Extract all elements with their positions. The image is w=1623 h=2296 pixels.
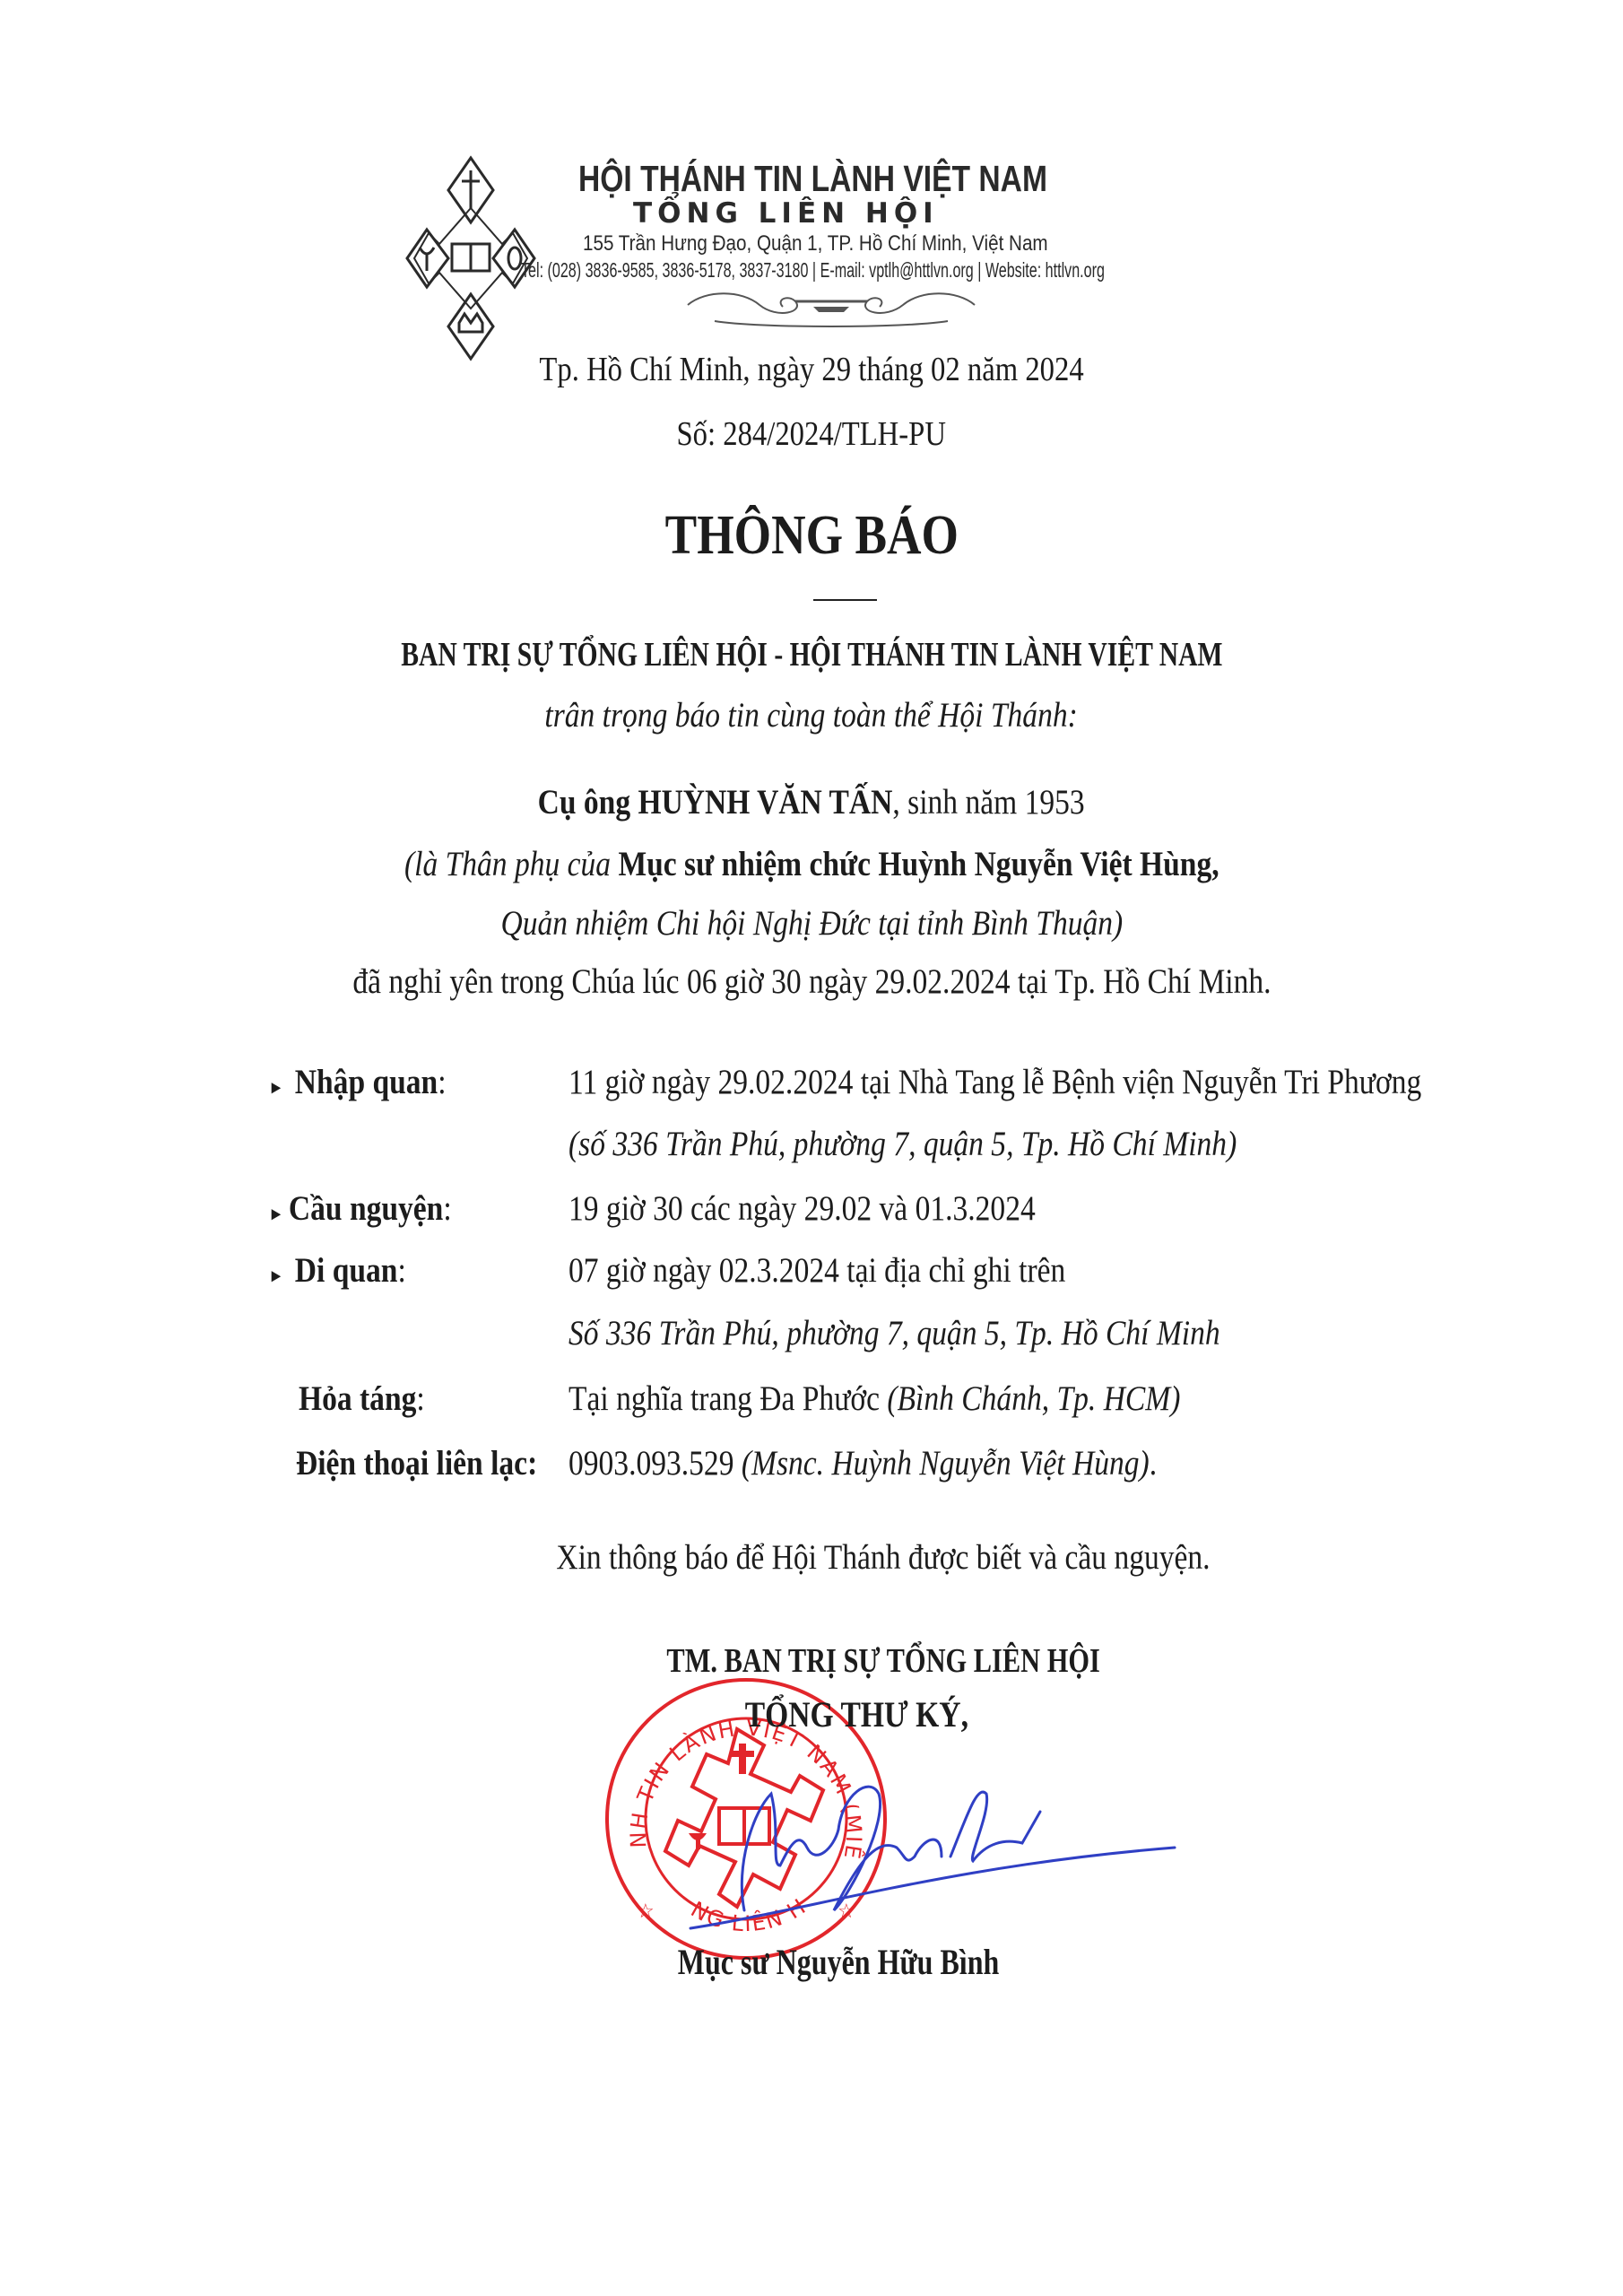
schedule-note-nhap-quan: (số 336 Trần Phú, phường 7, quận 5, Tp. … [568, 1124, 1346, 1164]
svg-text:☆: ☆ [637, 1900, 655, 1922]
org-name: HỘI THÁNH TIN LÀNH VIỆT NAM [578, 158, 1150, 200]
schedule-value-phone: 0903.093.529 (Msnc. Huỳnh Nguyễn Việt Hù… [568, 1443, 1253, 1483]
title-divider [813, 599, 877, 601]
church-cross-emblem-icon [405, 154, 536, 362]
on-behalf-label: TM. BAN TRỊ SỰ TỔNG LIÊN HỘI [0, 1641, 1623, 1681]
scroll-ornament-icon [679, 285, 984, 330]
place-date: Tp. Hồ Chí Minh, ngày 29 tháng 02 năm 20… [0, 350, 1623, 389]
schedule-label-cau-nguyen: ▸Cầu nguyện: [272, 1188, 481, 1229]
relation-open: (là Thân phụ của [404, 845, 619, 883]
schedule-label-hoa-tang: Hỏa táng: [299, 1378, 446, 1419]
schedule-label-di-quan: ▸Di quan: [272, 1250, 428, 1291]
org-address: 155 Trần Hưng Đạo, Quận 1, TP. Hồ Chí Mi… [583, 231, 1124, 257]
relation-person: Mục sư nhiệm chức Huỳnh Nguyễn Việt Hùng… [618, 845, 1219, 883]
schedule-label-nhap-quan: ▸Nhập quan: [272, 1062, 474, 1102]
phone-number: 0903.093.529 [568, 1444, 742, 1483]
org-subtitle: TỔNG LIÊN HỘI [633, 197, 939, 230]
schedule-value-cau-nguyen: 19 giờ 30 các ngày 29.02 và 01.3.2024 [568, 1188, 1112, 1229]
document-number: Số: 284/2024/TLH-PU [0, 414, 1623, 454]
deceased-line: Cụ ông HUỲNH VĂN TẤN, sinh năm 1953 [0, 782, 1623, 822]
handwritten-signature-icon [681, 1758, 1184, 1937]
deceased-birth: , sinh năm 1953 [893, 783, 1085, 822]
schedule-value-di-quan: 07 giờ ngày 02.3.2024 tại địa chỉ ghi tr… [568, 1250, 1147, 1291]
closing-text: Xin thông báo để Hội Thánh được biết và … [0, 1537, 1623, 1578]
greeting: trân trọng báo tin cùng toàn thể Hội Thá… [0, 695, 1623, 735]
relation-role: Quản nhiệm Chi hội Nghị Đức tại tỉnh Bìn… [0, 903, 1623, 944]
schedule-label-phone: Điện thoại liên lạc: [296, 1443, 577, 1483]
position-label: TỔNG THƯ KÝ, [0, 1693, 1623, 1735]
deceased-name: HUỲNH VĂN TẤN [638, 783, 893, 822]
bullet-triangle-icon: ▸ [272, 1264, 295, 1287]
schedule-value-hoa-tang: Tại nghĩa trang Đa Phước (Bình Chánh, Tp… [568, 1378, 1280, 1419]
document-title: THÔNG BÁO [0, 504, 1623, 568]
bullet-triangle-icon: ▸ [272, 1202, 289, 1225]
org-contact: Tel: (028) 3836-9585, 3836-5178, 3837-31… [521, 258, 1355, 283]
issuer: BAN TRỊ SỰ TỔNG LIÊN HỘI - HỘI THÁNH TIN… [0, 635, 1623, 674]
deceased-prefix: Cụ ông [538, 783, 638, 822]
schedule-value-nhap-quan: 11 giờ ngày 29.02.2024 tại Nhà Tang lễ B… [568, 1062, 1560, 1102]
bullet-triangle-icon: ▸ [272, 1075, 295, 1099]
signer-name: Mục sư Nguyễn Hữu Bình [0, 1941, 1623, 1983]
relation-line: (là Thân phụ của Mục sư nhiệm chức Huỳnh… [0, 844, 1623, 884]
passing-line: đã nghỉ yên trong Chúa lúc 06 giờ 30 ngà… [0, 961, 1623, 1002]
schedule-note-di-quan: Số 336 Trần Phú, phường 7, quận 5, Tp. H… [568, 1313, 1326, 1353]
